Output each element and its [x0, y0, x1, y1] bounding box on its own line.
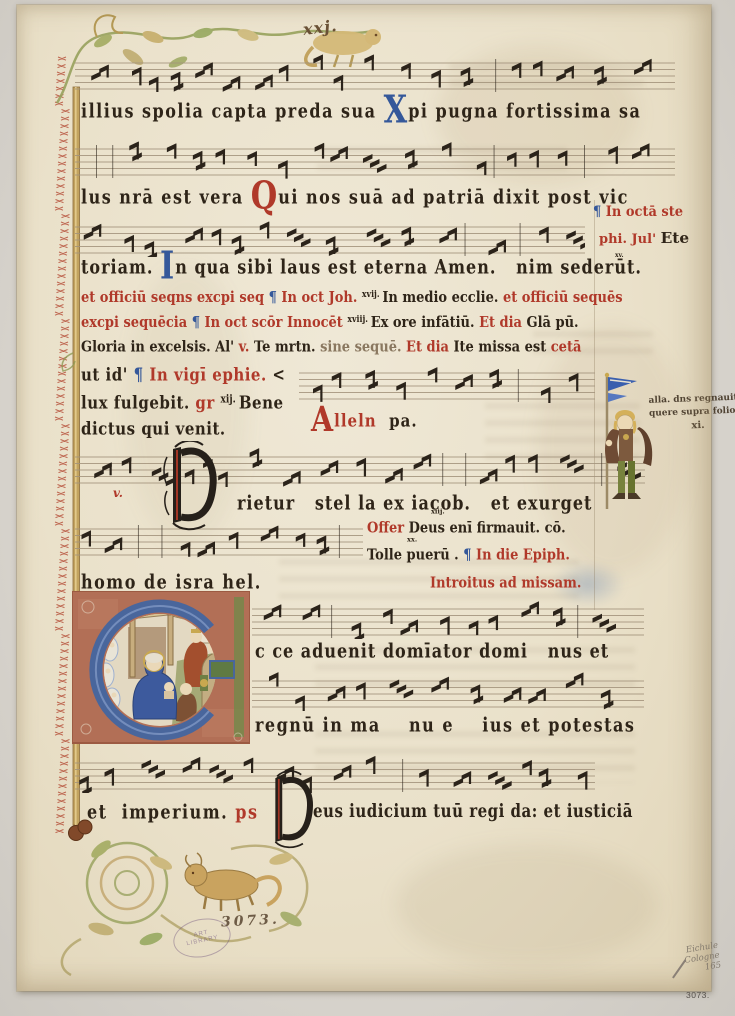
- music-stave: [75, 517, 363, 559]
- illuminated-initial-e-adoration-miniature: [72, 591, 250, 749]
- pilcrow: ¶: [463, 547, 476, 564]
- text-segment: c ce aduenit domīator domi nus et: [255, 639, 609, 663]
- text-segment: xvij.: [362, 289, 382, 299]
- pilcrow: ¶: [269, 289, 282, 306]
- text-segment: xiij.: [431, 507, 445, 515]
- text-segment: In medio ecclie.: [382, 289, 503, 306]
- chapter-number: xv.: [615, 253, 624, 263]
- text-segment: cetā: [551, 339, 582, 356]
- cadel-initial-deus: [265, 768, 315, 852]
- text-segment: homo de isra hel.: [81, 570, 262, 594]
- rubric-line: Offer Deus enī firmauit. cō.: [367, 521, 566, 536]
- chant-text-line: regnū in ma nu e ius et potestas: [255, 715, 635, 735]
- photograph-of-manuscript: xxj. illius spolia capta preda sua Xpi p…: [0, 0, 735, 1016]
- alleluia-rubric: Alleln pa.: [311, 412, 418, 430]
- text-segment: Introitus ad missam.: [430, 575, 581, 592]
- stamp-text: LIBRARY: [186, 935, 219, 949]
- text-segment: et officiū sequēs: [503, 289, 623, 306]
- chant-text-line: toriam. In qua sibi laus est eterna Amen…: [81, 257, 642, 277]
- text-segment: Ite missa est: [453, 339, 550, 356]
- text-segment: In oct Joh.: [281, 289, 362, 306]
- lion-drawing: [185, 853, 280, 911]
- text-segment: Gloria in excelsis. Al': [81, 339, 239, 356]
- text-segment: Deus enī firmauit. cō.: [409, 520, 566, 537]
- text-segment: pa.: [383, 410, 418, 432]
- chant-text-line: c ce aduenit domīator domi nus et: [255, 641, 609, 661]
- chant-text-line: lus nrā est vera Qui nos suā ad patriā d…: [81, 187, 629, 207]
- rubric-line: excpi sequēcia ¶ In oct scōr Innocēt xvi…: [81, 315, 579, 330]
- pilcrow: ¶: [593, 204, 606, 221]
- text-segment: Bene: [239, 392, 284, 414]
- text-segment: Tolle puerū .: [367, 547, 463, 564]
- text-segment: ut id': [81, 364, 134, 386]
- marginal-rubric: phi. Jul' Ete: [599, 231, 689, 246]
- text-segment: sine sequē.: [320, 339, 406, 356]
- text-segment: Glā pū.: [526, 314, 578, 331]
- text-segment: In oct scōr Innocēt: [205, 314, 348, 331]
- music-stave: [252, 667, 644, 711]
- text-segment: Te mrtn.: [254, 339, 320, 356]
- text-segment: et imperium.: [87, 800, 235, 824]
- text-segment: lux fulgebit.: [81, 392, 195, 414]
- chant-text-line: rietur stel la ex iacob. et exurget: [237, 493, 592, 513]
- pilcrow: ¶: [134, 364, 150, 386]
- text-segment: xij.: [221, 394, 239, 406]
- chant-text-line: lux fulgebit. gr xij. Bene: [81, 394, 284, 412]
- chant-text-line: homo de isra hel.: [81, 572, 262, 592]
- text-segment: et officiū seqns excpi seq: [81, 289, 269, 306]
- chapter-number: xiij.: [431, 508, 445, 519]
- rubric-line: Tolle puerū . ¶ In die Epiph.: [367, 548, 570, 563]
- chant-text-line: dictus qui venit.: [81, 420, 226, 438]
- chant-text-line: eus iudicium tuū regi da: et iusticiā: [313, 802, 633, 821]
- text-segment: Et dia: [479, 314, 526, 331]
- marginal-figure-banner-bearer: [585, 371, 677, 517]
- text-segment: n qua sibi laus est eterna Amen.: [175, 255, 496, 279]
- pilcrow: ¶: [192, 314, 205, 331]
- text-segment: v.: [239, 339, 254, 356]
- marginal-rubric: ¶ In octā ste: [593, 205, 683, 219]
- text-segment: dictus qui venit.: [81, 418, 226, 440]
- initial-i: I: [160, 244, 175, 289]
- initial-a: A: [311, 399, 334, 440]
- verse-mark: v.: [113, 487, 123, 499]
- text-segment: Offer: [367, 520, 409, 537]
- parchment-stain: [397, 845, 657, 965]
- rubric-line: et officiū seqns excpi seq ¶ In oct Joh.…: [81, 290, 623, 305]
- text-segment: ui nos suā ad patriā dixit post vic: [278, 185, 629, 209]
- text-segment: lleln: [334, 410, 383, 432]
- music-stave: [299, 363, 595, 403]
- cadel-initial-orietur: [161, 441, 219, 531]
- text-segment: phi. Jul': [599, 232, 661, 247]
- music-stave: [252, 595, 644, 639]
- text-segment: xx.: [407, 535, 417, 543]
- text-segment: lus nrā est vera: [81, 185, 251, 209]
- initial-x: X: [384, 88, 409, 133]
- text-segment: ps: [235, 800, 258, 824]
- text-segment: <: [272, 364, 285, 386]
- manuscript-leaf: xxj. illius spolia capta preda sua Xpi p…: [17, 5, 711, 991]
- chant-text-line: et imperium. ps: [87, 802, 259, 822]
- rubric-line: Introitus ad missam.: [430, 576, 581, 591]
- text-segment: In die Epiph.: [476, 547, 570, 564]
- text-segment: In vigī ephie.: [149, 364, 272, 386]
- text-segment: excpi sequēcia: [81, 314, 192, 331]
- text-segment: xviij.: [347, 314, 370, 324]
- text-segment: rietur stel la ex iacob. et exurget: [237, 491, 592, 515]
- text-segment: regnū in ma nu e ius et potestas: [255, 713, 635, 737]
- text-segment: Ex ore infātiū.: [371, 314, 479, 331]
- music-stave: [75, 131, 675, 179]
- music-stave: [75, 47, 675, 93]
- rubric-line: ut id' ¶ In vigī ephie. <: [81, 366, 286, 384]
- text-segment: illius spolia capta preda sua: [81, 99, 384, 123]
- text-segment: toriam.: [81, 255, 160, 279]
- text-segment: eus iudicium tuū regi da: et iusticiā: [313, 800, 633, 823]
- initial-q: Q: [251, 174, 278, 219]
- marginal-note: alla. dns regnauit quere supra folio xi.: [648, 391, 735, 434]
- music-stave: [75, 745, 595, 793]
- chant-text-line: illius spolia capta preda sua Xpi pugna …: [81, 101, 641, 121]
- chapter-number: xx.: [407, 536, 417, 547]
- rubric-line: Gloria in excelsis. Al' v. Te mrtn. sine…: [81, 340, 581, 355]
- music-stave: [75, 215, 585, 257]
- text-segment: xv.: [615, 252, 624, 259]
- mount-inventory-number: 3073.: [686, 990, 710, 1000]
- text-segment: Ete: [661, 229, 690, 247]
- text-segment: In octā ste: [606, 204, 683, 221]
- text-segment: gr: [195, 392, 220, 414]
- text-segment: pi pugna fortissima sa: [408, 99, 641, 123]
- pencil-inventory-number: 3073.: [221, 911, 281, 930]
- text-segment: v.: [113, 486, 123, 500]
- text-segment: Et dia: [406, 339, 453, 356]
